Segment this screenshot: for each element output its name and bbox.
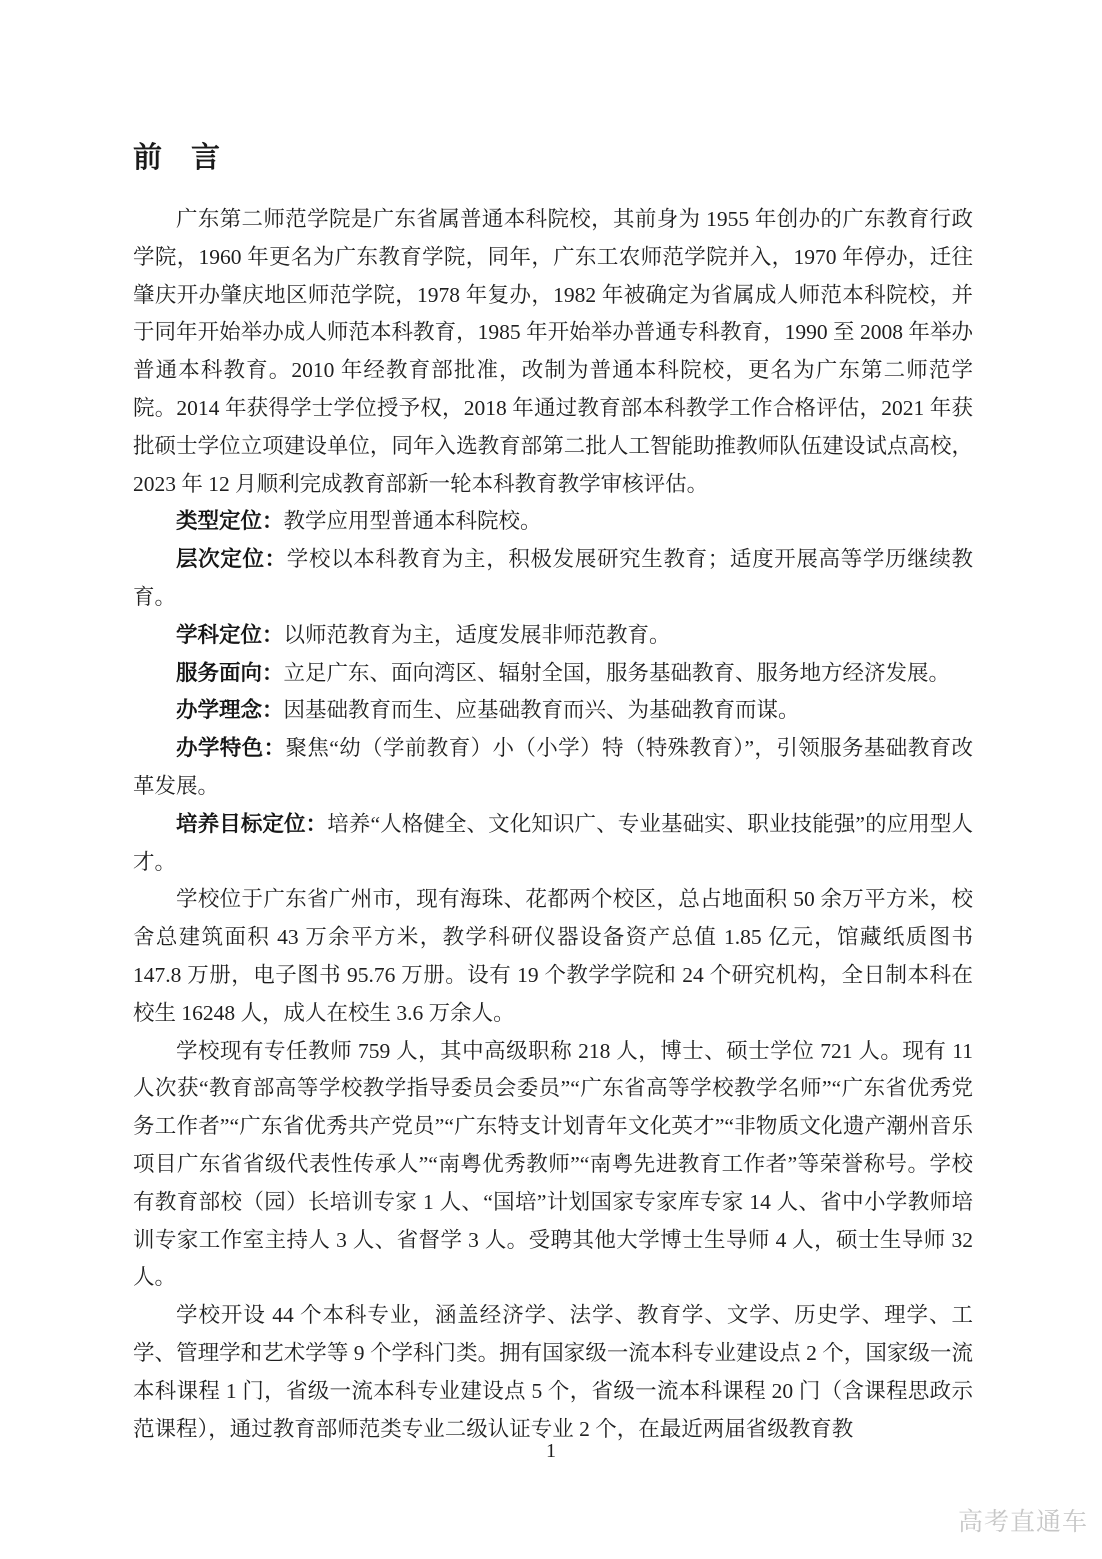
paragraph-label: 层次定位： (176, 547, 287, 571)
page-number: 1 (0, 1440, 1102, 1463)
paragraph-text: 学校现有专任教师 759 人，其中高级职称 218 人，博士、硕士学位 721 … (133, 1039, 973, 1290)
paragraph-text: 学校开设 44 个本科专业，涵盖经济学、法学、教育学、文学、历史学、理学、工学、… (133, 1303, 973, 1440)
paragraph-text: 以师范教育为主，适度发展非师范教育。 (284, 623, 671, 647)
watermark: 高考直通车 (958, 1502, 1088, 1538)
paragraph-philosophy: 办学理念：因基础教育而生、应基础教育而兴、为基础教育而谋。 (133, 692, 973, 730)
page-content: 前 言 广东第二师范学院是广东省属普通本科院校，其前身为 1955 年创办的广东… (133, 141, 973, 1448)
paragraph-level-positioning: 层次定位：学校以本科教育为主，积极发展研究生教育；适度开展高等学历继续教育。 (133, 541, 973, 617)
paragraph-text: 因基础教育而生、应基础教育而兴、为基础教育而谋。 (284, 698, 800, 722)
paragraph-programs-facts: 学校开设 44 个本科专业，涵盖经济学、法学、教育学、文学、历史学、理学、工学、… (133, 1297, 973, 1448)
page-title: 前 言 (133, 141, 973, 175)
paragraph-history: 广东第二师范学院是广东省属普通本科院校，其前身为 1955 年创办的广东教育行政… (133, 201, 973, 503)
paragraph-characteristics: 办学特色：聚焦“幼（学前教育）小（小学）特（特殊教育）”，引领服务基础教育改革发… (133, 730, 973, 806)
document-page: 前 言 广东第二师范学院是广东省属普通本科院校，其前身为 1955 年创办的广东… (0, 0, 1102, 1559)
paragraph-text: 教学应用型普通本科院校。 (284, 509, 542, 533)
paragraph-text: 立足广东、面向湾区、辐射全国，服务基础教育、服务地方经济发展。 (284, 661, 951, 685)
paragraph-text: 学校位于广东省广州市，现有海珠、花都两个校区，总占地面积 50 余万平方米，校舍… (133, 887, 973, 1024)
paragraph-type-positioning: 类型定位：教学应用型普通本科院校。 (133, 503, 973, 541)
paragraph-label: 服务面向： (176, 661, 284, 685)
paragraph-service-orientation: 服务面向：立足广东、面向湾区、辐射全国，服务基础教育、服务地方经济发展。 (133, 655, 973, 693)
paragraph-text: 广东第二师范学院是广东省属普通本科院校，其前身为 1955 年创办的广东教育行政… (133, 207, 973, 496)
paragraph-campus-facts: 学校位于广东省广州市，现有海珠、花都两个校区，总占地面积 50 余万平方米，校舍… (133, 881, 973, 1032)
paragraph-label: 办学特色： (176, 736, 285, 760)
paragraph-faculty-facts: 学校现有专任教师 759 人，其中高级职称 218 人，博士、硕士学位 721 … (133, 1033, 973, 1298)
paragraph-label: 培养目标定位： (176, 812, 327, 836)
paragraph-discipline-positioning: 学科定位：以师范教育为主，适度发展非师范教育。 (133, 617, 973, 655)
paragraph-training-goal: 培养目标定位：培养“人格健全、文化知识广、专业基础实、职业技能强”的应用型人才。 (133, 806, 973, 882)
paragraph-label: 类型定位： (176, 509, 284, 533)
paragraph-label: 学科定位： (176, 623, 284, 647)
paragraph-label: 办学理念： (176, 698, 284, 722)
